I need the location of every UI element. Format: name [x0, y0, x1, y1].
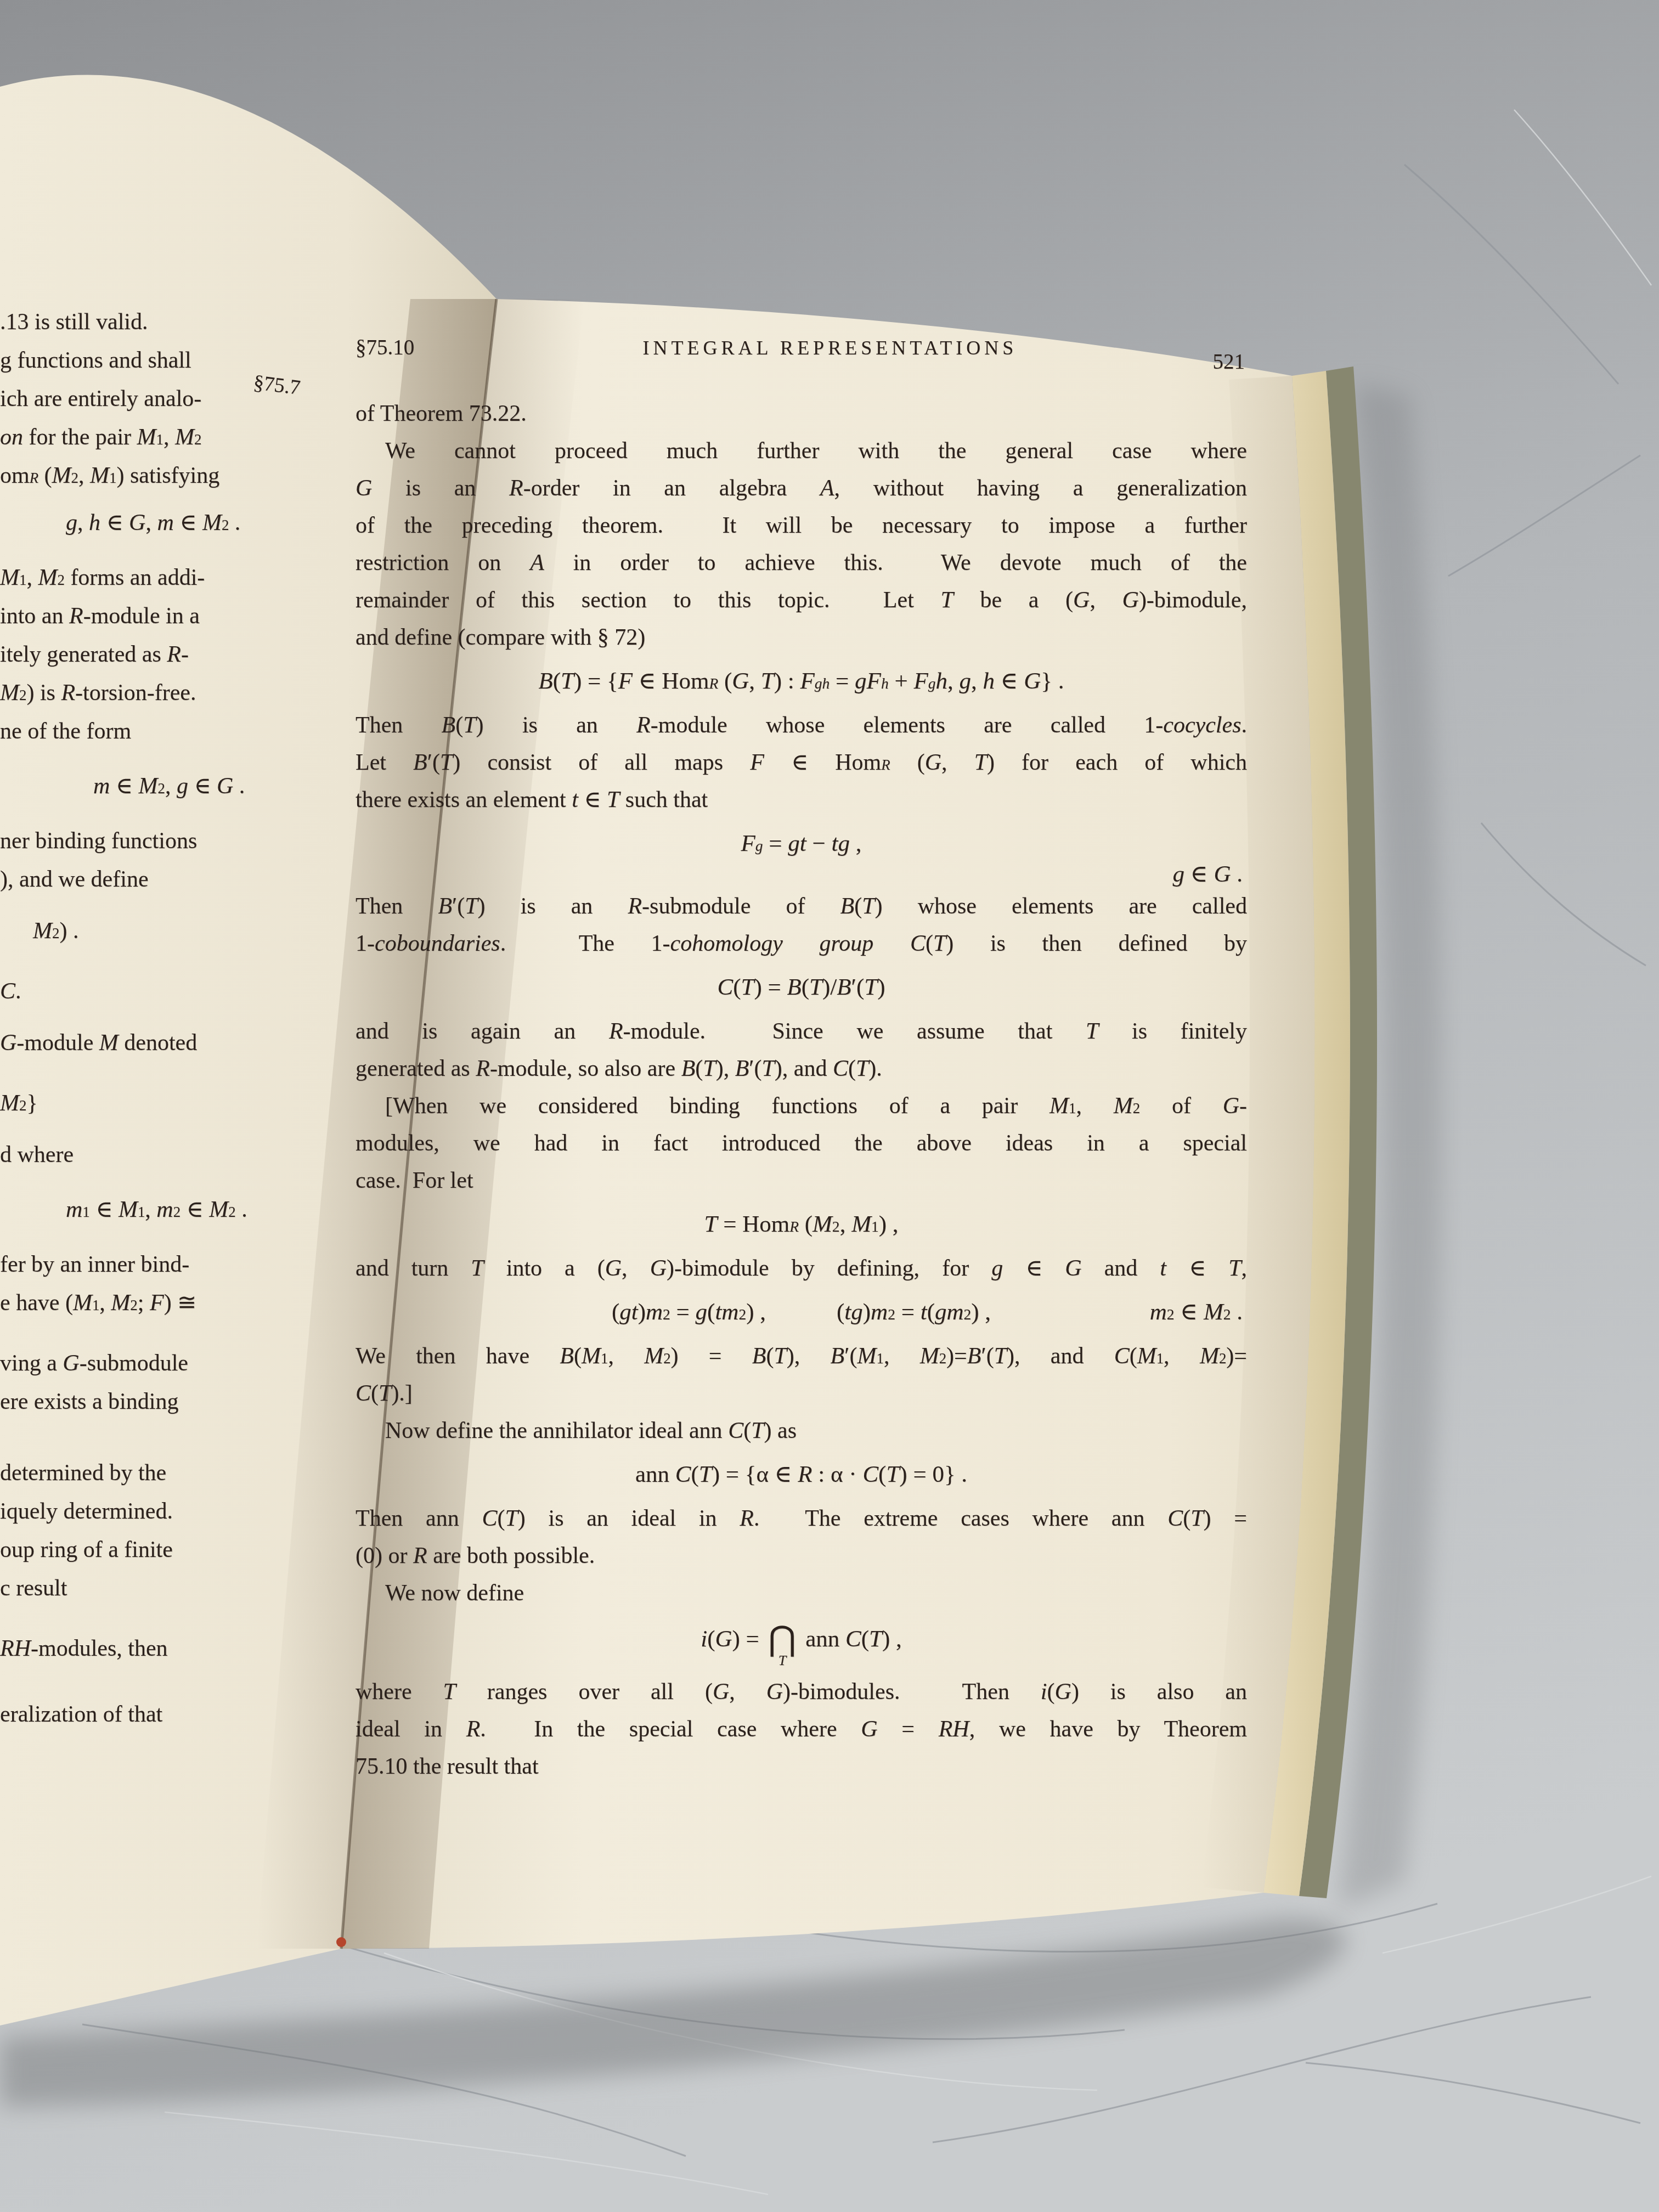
- text-line: We cannot proceed much further with the …: [356, 432, 1247, 470]
- page-number: 521: [1213, 343, 1245, 381]
- text-line: ideal in R. In the special case where G …: [356, 1711, 1247, 1748]
- equation-left: i(G) =: [701, 1626, 759, 1652]
- right-page-running-head: §75.10 INTEGRAL REPRESENTATIONS 521: [356, 329, 1247, 366]
- text-line: (0) or R are both possible.: [356, 1537, 1247, 1575]
- text-line: Then ann C(T) is an ideal in R. The extr…: [356, 1500, 1247, 1537]
- text-line: and turn T into a (G, G)-bimodule by def…: [356, 1250, 1247, 1287]
- text-line: G is an R-order in an algebra A, without…: [356, 470, 1247, 507]
- text-line: restriction on A in order to achieve thi…: [356, 544, 1247, 582]
- text-line: and is again an R-module. Since we assum…: [356, 1013, 1247, 1050]
- text-line: Then B(T) is an R-module whose elements …: [356, 707, 1247, 744]
- equation-annihilator-ideal: ann C(T) = {α ∈ R : α · C(T) = 0} .: [356, 1456, 1247, 1493]
- text-line: there exists an element t ∈ T such that: [356, 781, 1247, 819]
- equation-condition: g ∈ G .: [1173, 856, 1243, 893]
- text-line: modules, we had in fact introduced the a…: [356, 1125, 1247, 1162]
- text-line: case. For let: [356, 1162, 1247, 1199]
- equation-condition: m2 ∈ M2 .: [1150, 1294, 1243, 1331]
- text-line: 75.10 the result that: [356, 1748, 1247, 1785]
- text-line: generated as R-module, so also are B(T),…: [356, 1050, 1247, 1087]
- equation-T-definition: T = HomR (M2, M1) ,: [356, 1206, 1247, 1243]
- equation-right: ann C(T) ,: [805, 1626, 902, 1652]
- text-line: Let B′(T) consist of all maps F ∈ HomR (…: [356, 744, 1247, 781]
- equation-cocycle-definition: B(T) = {F ∈ HomR (G, T) : Fgh = gFh + Fg…: [356, 663, 1247, 700]
- text-line: We then have B(M1, M2) = B(T), B′(M1, M2…: [356, 1338, 1247, 1375]
- text-line: [When we considered binding functions of…: [356, 1087, 1247, 1125]
- equation-coboundary: Fg = gt − tg , g ∈ G .: [356, 825, 1247, 862]
- equation-cohomology-group: C(T) = B(T)/B′(T): [356, 969, 1247, 1006]
- n-ary-intersection-symbol: ⋂: [769, 1622, 797, 1656]
- equation-bimodule-action: (gt)m2 = g(tm2) , (tg)m2 = t(gm2) , m2 ∈…: [356, 1294, 1247, 1331]
- equation-iG-definition: i(G) = ⋂ T ann C(T) ,: [356, 1621, 1247, 1668]
- text-line: C(T).]: [356, 1375, 1247, 1412]
- text-line: where T ranges over all (G, G)-bimodules…: [356, 1673, 1247, 1711]
- text-line: We now define: [356, 1575, 1247, 1612]
- photo-of-open-textbook: { "left_page": { "header": "§75.7", "lin…: [0, 0, 1659, 2212]
- red-speck: [336, 1937, 346, 1947]
- text-line: Now define the annihilator ideal ann C(T…: [356, 1412, 1247, 1449]
- right-page-text-column: §75.10 INTEGRAL REPRESENTATIONS 521 of T…: [356, 329, 1247, 1785]
- equation-main: (gt)m2 = g(tm2) , (tg)m2 = t(gm2) ,: [612, 1299, 991, 1325]
- text-line: of the preceding theorem. It will be nec…: [356, 507, 1247, 544]
- text-line: and define (compare with § 72): [356, 619, 1247, 656]
- section-number: §75.10: [356, 329, 414, 366]
- text-line: 1-coboundaries. The 1-cohomology group C…: [356, 925, 1247, 962]
- text-line: Then B′(T) is an R-submodule of B(T) who…: [356, 888, 1247, 925]
- equation-main: Fg = gt − tg ,: [741, 831, 862, 856]
- text-line: remainder of this section to this topic.…: [356, 582, 1247, 619]
- chapter-title: INTEGRAL REPRESENTATIONS: [642, 329, 1017, 366]
- intersection-operator: ⋂ T: [769, 1622, 797, 1668]
- text-line: of Theorem 73.22.: [356, 395, 1247, 432]
